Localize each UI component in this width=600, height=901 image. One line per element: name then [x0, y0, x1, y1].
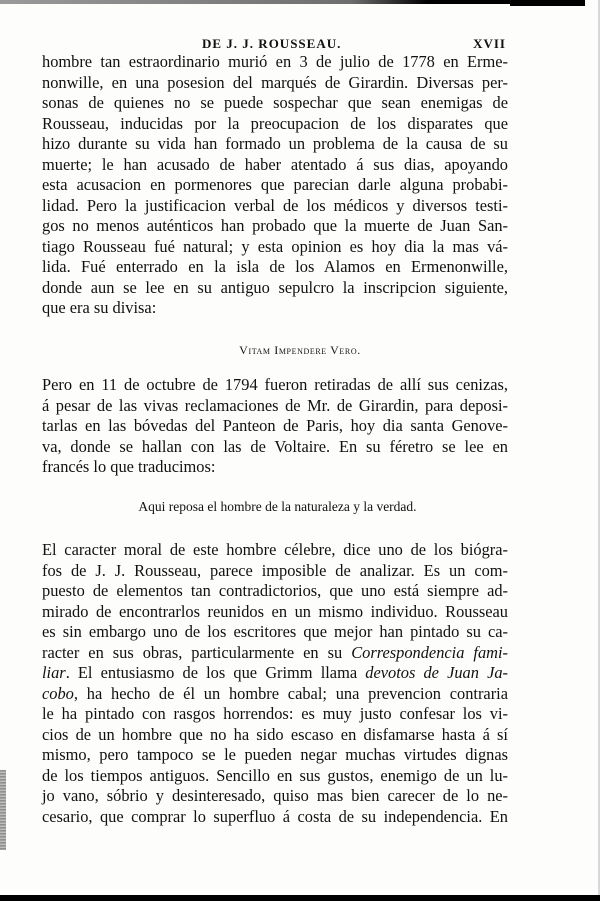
text-line: es sin embargo uno de los escritores que…: [42, 622, 508, 643]
book-page: DE J. J. ROUSSEAU. XVII hombre tan estra…: [0, 0, 600, 901]
text-line: gos no menos auténticos han probado que …: [42, 216, 508, 237]
text-line: fos de J. J. Rousseau, parece imposible …: [42, 561, 508, 582]
epitaph-motto: Vitam Impendere Vero.: [0, 343, 600, 358]
text-segment: racter en sus obras, particularmente en …: [42, 643, 351, 662]
text-line: nonwille, en una posesion del marqués de…: [42, 73, 508, 94]
paragraph-2: Pero en 11 de octubre de 1794 fueron ret…: [42, 375, 508, 478]
paragraph-3: El caracter moral de este hombre célebre…: [42, 540, 508, 827]
italic-continuation: liar: [42, 663, 66, 682]
paragraph-1: hombre tan estraordinario murió en 3 de …: [42, 52, 508, 319]
text-line: va, donde se hallan con las de Voltaire.…: [42, 437, 508, 458]
page-number: XVII: [473, 36, 506, 52]
text-segment: , ha hecho de él un hombre cabal; una pr…: [74, 684, 508, 703]
text-segment: . El entusiasmo de los que Grimm llama: [66, 663, 366, 682]
text-line: cesario, que comprar lo superfluo á cost…: [42, 807, 508, 828]
text-line: racter en sus obras, particularmente en …: [42, 643, 508, 664]
text-line: liar. El entusiasmo de los que Grimm lla…: [42, 663, 508, 684]
text-line: cobo, ha hecho de él un hombre cabal; un…: [42, 684, 508, 705]
text-line: donde aun se lee en su antiguo sepulcro …: [42, 278, 508, 299]
text-line: á pesar de las vivas reclamaciones de Mr…: [42, 396, 508, 417]
text-line: muerte; le han acusado de haber atentado…: [42, 155, 508, 176]
italic-title: Correspondencia fami-: [351, 643, 508, 662]
text-line: lida. Fué enterrado en la isla de los Al…: [42, 257, 508, 278]
text-line: que era su divisa:: [42, 298, 508, 319]
running-title: DE J. J. ROUSSEAU.: [202, 36, 341, 52]
text-line: jo vano, sóbrio y desinteresado, quiso m…: [42, 786, 508, 807]
text-line: Pero en 11 de octubre de 1794 fueron ret…: [42, 375, 508, 396]
text-line: tiago Rousseau fué natural; y esta opini…: [42, 237, 508, 258]
scan-top-edge-dark: [510, 0, 585, 6]
text-line: tarlas en las bóvedas del Panteon de Par…: [42, 416, 508, 437]
italic-phrase: devotos de Juan Ja-: [365, 663, 508, 682]
text-line: lidad. Pero la justificacion verbal de l…: [42, 196, 508, 217]
text-line: mirado de encontrarlos reunidos en un mi…: [42, 602, 508, 623]
text-line: le ha pintado con rasgos horrendos: es m…: [42, 704, 508, 725]
scan-bottom-edge: [0, 895, 600, 901]
text-line: hombre tan estraordinario murió en 3 de …: [42, 52, 508, 73]
scan-binding-shadow: [0, 770, 6, 850]
text-line: puesto de elementos tan contradictorios,…: [42, 581, 508, 602]
text-line: francés lo que traducimos:: [42, 457, 508, 478]
text-line: hizo durante su vida han formado un prob…: [42, 134, 508, 155]
text-line: cios de un hombre que no ha sido escaso …: [42, 725, 508, 746]
text-line: esta acusacion en pormenores que parecia…: [42, 175, 508, 196]
scan-top-edge: [0, 0, 585, 4]
text-line: de los tiempos antiguos. Sencillo en sus…: [42, 766, 508, 787]
text-line: El caracter moral de este hombre célebre…: [42, 540, 508, 561]
coffin-inscription: Aqui reposa el hombre de la naturaleza y…: [0, 499, 555, 515]
text-line: Rousseau, inducidas por la preocupacion …: [42, 114, 508, 135]
italic-continuation: cobo: [42, 684, 74, 703]
text-line: mismo, pero tampoco se le pueden negar m…: [42, 745, 508, 766]
text-line: sonas de quienes no se puede sospechar q…: [42, 93, 508, 114]
